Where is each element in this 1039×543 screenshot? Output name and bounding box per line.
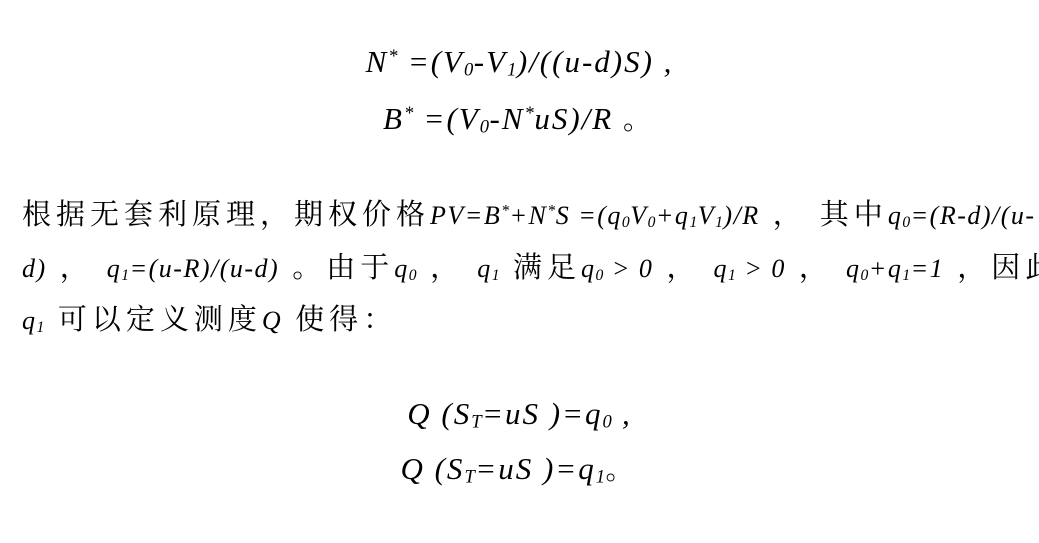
subscript: 0 [409, 267, 417, 284]
math-run: PV=B*+N*S =(q0V0+q1V1)/R [430, 201, 760, 230]
math-run: q0+q1=1 [846, 254, 944, 283]
subscript: 1 [728, 267, 736, 284]
paragraph-line-2: d) ， q1=(u-R)/(u-d) 。由于q0 ， q1 满足q0 > 0 … [22, 247, 1021, 294]
text-run: 。由于 [279, 252, 394, 284]
text-run: ，因此 [944, 252, 1039, 284]
display-formula-q-down: Q (ST=uS )=q1。 [0, 451, 1039, 487]
subscript: 1 [121, 267, 129, 284]
text-run: ， [417, 252, 477, 284]
math-run: q1=(u-R)/(u-d) [107, 254, 279, 283]
display-formula-q-up: Q (ST=uS )=q0 , [0, 396, 1039, 432]
math-run: q1 [477, 254, 500, 283]
text-run: ， [786, 252, 846, 284]
subscript: 1 [37, 319, 45, 336]
subscript: 1 [507, 60, 517, 81]
subscript: 0 [902, 214, 910, 231]
text-run: ， [47, 252, 107, 284]
math-run: q0 [394, 254, 417, 283]
subscript: T [471, 412, 482, 433]
superscript: * [501, 202, 509, 219]
text-run: 根据无套利原理，期权价格 [22, 199, 430, 231]
math-run: N* =(V0-V1)/((u-d)S) , [366, 44, 674, 79]
subscript: 1 [596, 467, 606, 488]
subscript: T [464, 467, 475, 488]
paragraph-line-1: 根据无套利原理，期权价格PV=B*+N*S =(q0V0+q1V1)/R ， 其… [22, 194, 1021, 241]
subscript: 0 [648, 214, 656, 231]
math-run: d) [22, 254, 47, 283]
text-run: 可以定义测度 [45, 304, 262, 336]
math-run: q0=(R-d)/(u- [888, 201, 1036, 230]
subscript: 0 [464, 60, 474, 81]
text-run: 使得： [282, 304, 397, 336]
subscript: 0 [480, 117, 490, 138]
math-run: Q (ST=uS )=q1 [400, 451, 605, 486]
subscript: 0 [596, 267, 604, 284]
text-run: ， [653, 252, 713, 284]
text-run: 满足 [500, 252, 581, 284]
subscript: 1 [902, 267, 910, 284]
math-run: q1 > 0 [714, 254, 786, 283]
math-run: q0 > 0 [581, 254, 653, 283]
subscript: 0 [860, 267, 868, 284]
text-run: 。 [606, 454, 639, 485]
superscript: * [547, 202, 555, 219]
subscript: 1 [492, 267, 500, 284]
superscript: * [388, 46, 398, 67]
math-run: q1 [22, 306, 45, 335]
document-page: N* =(V0-V1)/((u-d)S) , B* =(V0-N*uS)/R 。… [0, 0, 1039, 543]
paragraph-line-3: q1 可以定义测度Q 使得： [22, 299, 1021, 346]
display-formula-n-star: N* =(V0-V1)/((u-d)S) , [0, 44, 1039, 80]
subscript: 0 [622, 214, 630, 231]
text-run: 。 [623, 104, 656, 135]
subscript: 0 [602, 412, 612, 433]
superscript: * [525, 103, 535, 124]
subscript: 1 [689, 214, 697, 231]
display-formula-b-star: B* =(V0-N*uS)/R 。 [0, 101, 1039, 137]
math-run: Q (ST=uS )=q0 , [407, 396, 632, 431]
subscript: 1 [715, 214, 723, 231]
superscript: * [404, 103, 414, 124]
math-run: Q [262, 306, 282, 335]
text-run: ， 其中 [760, 199, 888, 231]
math-run: B* =(V0-N*uS)/R [383, 101, 623, 136]
